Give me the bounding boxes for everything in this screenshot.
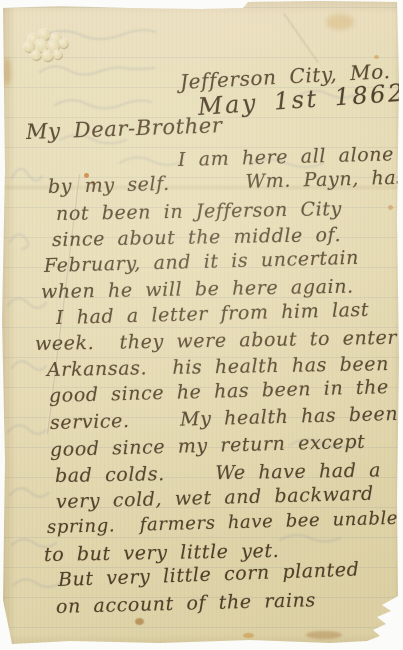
letter-paper: Jefferson City, Mo. May 1st 1862 My Dear… [0, 0, 403, 650]
paper-stain [3, 58, 11, 86]
paper-stain [306, 631, 342, 639]
paper-stain [243, 633, 254, 638]
paper-stain [374, 55, 379, 59]
paper-stain [135, 618, 144, 625]
embossed-seal [24, 27, 72, 63]
paper-stain [388, 205, 393, 210]
scanned-letter-page: Jefferson City, Mo. May 1st 1862 My Dear… [0, 0, 403, 650]
paper-stain [326, 14, 354, 30]
